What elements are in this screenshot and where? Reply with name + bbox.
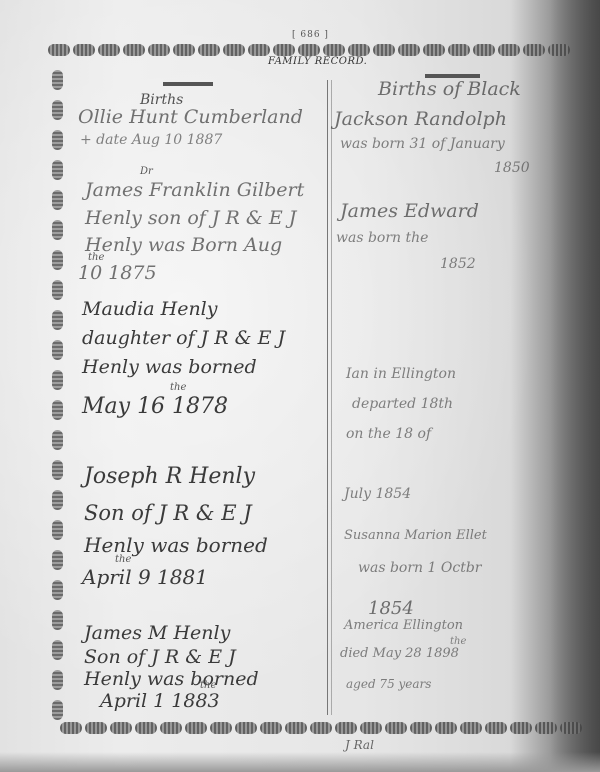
entry-departed-line: departed 18th xyxy=(352,392,453,416)
entry-name-line: Joseph R Henly xyxy=(84,462,255,492)
entry-name-line: Jackson Randolph xyxy=(334,104,507,134)
entry-name-line: Susanna Marion Ellet xyxy=(344,524,487,548)
column-divider-secondary xyxy=(331,80,332,715)
entry-born-line: Henly was borned xyxy=(84,530,268,560)
entry-year: 1852 xyxy=(440,252,476,276)
entry-born-line: Henly was borned xyxy=(82,352,257,382)
entry-date-line: on the 18 of xyxy=(346,422,431,446)
entry-year: 1850 xyxy=(494,156,530,180)
entry-year: July 1854 xyxy=(344,482,411,506)
entry-born-line: was born 31 of January xyxy=(340,132,505,156)
entry-header-line: Births of Black xyxy=(378,74,521,104)
entry-name-line: America Ellington xyxy=(344,614,463,638)
crossed-out-header-left xyxy=(163,82,213,86)
entry-date-line: + date Aug 10 1887 xyxy=(80,128,222,152)
entry-name-line: Ian in Ellington xyxy=(346,362,456,386)
entry-parent-line: Henly son of J R & E J xyxy=(85,203,296,233)
entry-name-line: James Edward xyxy=(340,196,479,226)
entry-age-line: aged 75 years xyxy=(346,672,431,696)
top-ornamental-border xyxy=(48,44,570,56)
entry-parent-line: Son of J R & E J xyxy=(84,498,252,528)
column-divider xyxy=(327,80,328,715)
left-ornamental-border xyxy=(52,70,63,720)
entry-date-line: April 1 1883 xyxy=(100,686,220,716)
entry-date-line: May 16 1878 xyxy=(82,392,228,422)
bottom-ornamental-border xyxy=(60,722,582,734)
entry-parent-line: daughter of J R & E J xyxy=(82,323,285,353)
page-number: [ 686 ] xyxy=(292,30,329,40)
scan-bottom-edge xyxy=(0,752,600,772)
scan-edge-shadow xyxy=(550,0,600,772)
entry-born-line: was born the xyxy=(336,226,428,250)
entry-name-line: James Franklin Gilbert xyxy=(85,175,304,205)
entry-date-line: April 9 1881 xyxy=(82,562,208,592)
entry-name-line: Maudia Henly xyxy=(82,294,218,324)
footer-scrawl: J Ral xyxy=(345,738,374,752)
entry-died-line: died May 28 1898 xyxy=(340,642,459,666)
entry-born-line: was born 1 Octbr xyxy=(358,556,481,580)
entry-born-line: Henly was Born Aug xyxy=(85,230,282,260)
entry-date-line: 10 1875 xyxy=(78,258,157,288)
page-heading: FAMILY RECORD. xyxy=(268,56,367,67)
family-record-page: [ 686 ] FAMILY RECORD. Births Ollie Hunt… xyxy=(0,0,600,772)
